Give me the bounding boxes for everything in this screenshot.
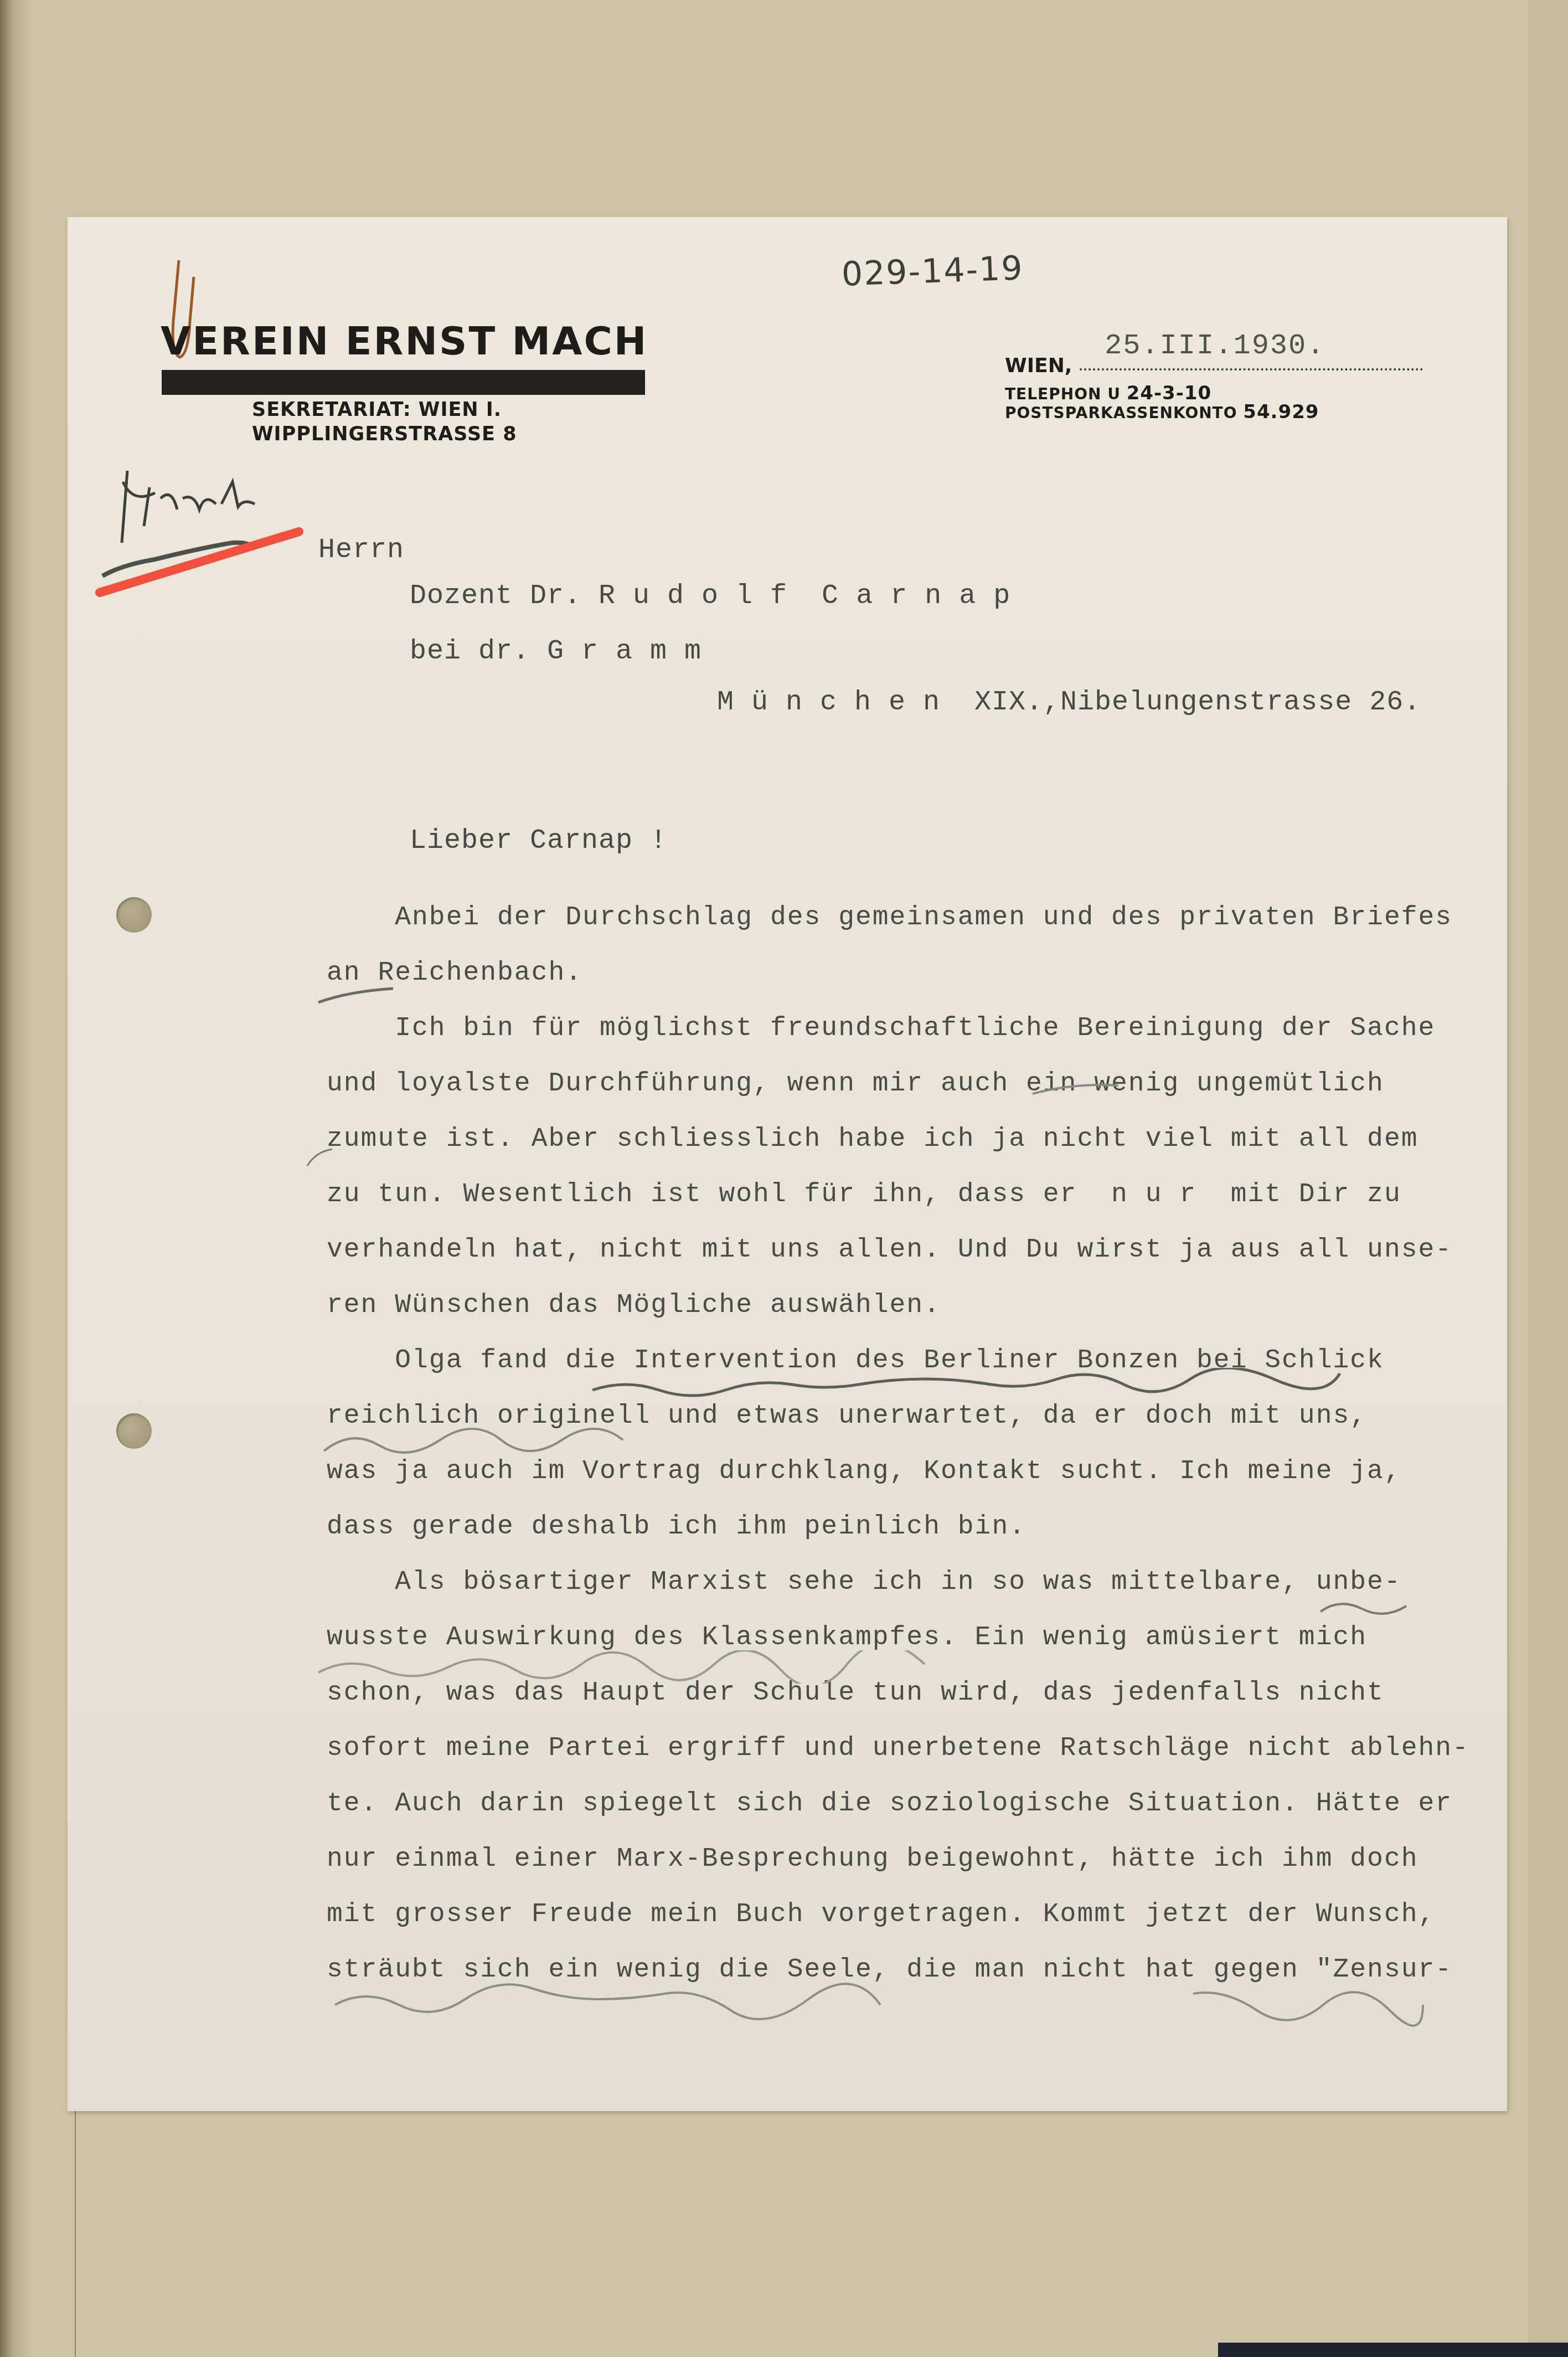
letterhead-rule xyxy=(162,370,645,395)
letter-body-line: Als bösartiger Marxist sehe ich in so wa… xyxy=(327,1567,1401,1597)
letter-body-line: und loyalste Durchführung, wenn mir auch… xyxy=(327,1069,1384,1099)
letter-body-line: Anbei der Durchschlag des gemeinsamen un… xyxy=(327,903,1452,933)
postsparkasse-number: 54.929 xyxy=(1243,401,1319,423)
pencil-wavy-underline-icon xyxy=(318,1423,628,1462)
recipient-care-of: bei dr. G r a m m xyxy=(410,636,702,667)
archive-reference-number: 029-14-19 xyxy=(841,249,1024,294)
letter-body-line: sofort meine Partei ergriff und unerbete… xyxy=(327,1733,1469,1763)
pencil-wavy-underline-icon xyxy=(1318,1595,1417,1617)
letter-body-line: Ich bin für möglichst freundschaftliche … xyxy=(327,1013,1435,1043)
punch-hole-icon xyxy=(116,897,152,933)
letter-greeting: Lieber Carnap ! xyxy=(410,825,667,857)
pencil-underline-icon xyxy=(1030,1080,1124,1097)
letter-body-line: dass gerade deshalb ich ihm peinlich bin… xyxy=(327,1512,1026,1542)
recipient-city: M ü n c h e n XIX.,Nibelungenstrasse 26. xyxy=(717,687,1421,718)
table-surface xyxy=(1218,2343,1568,2357)
city-label: WIEN, xyxy=(1005,354,1072,377)
recipient-title: Herrn xyxy=(318,534,404,566)
letter-body-line: wusste Auswirkung des Klassenkampfes. Ei… xyxy=(327,1623,1367,1653)
date-dotted-line xyxy=(1080,368,1423,370)
letter-body-line: mit grosser Freude mein Buch vorgetragen… xyxy=(327,1900,1435,1929)
postsparkasse-label: POSTSPARKASSENKONTO xyxy=(1005,404,1237,422)
neurath-signature-icon xyxy=(89,460,421,604)
letter-body-line: verhandeln hat, nicht mit uns allen. Und… xyxy=(327,1235,1452,1265)
folder-edge xyxy=(1528,0,1568,2357)
letter-body-line: an Reichenbach. xyxy=(327,958,582,988)
recipient-name: Dozent Dr. R u d o l f C a r n a p xyxy=(410,580,1010,612)
folder-crease xyxy=(75,2104,76,2357)
letter-date: 25.III.1930. xyxy=(1105,330,1325,362)
pencil-wavy-underline-icon xyxy=(332,1977,886,2021)
letterhead-address: SEKRETARIAT: WIEN I. WIPPLINGERSTRASSE 8 xyxy=(252,398,517,446)
letter-body-line: nur einmal einer Marx-Besprechung beigew… xyxy=(327,1844,1419,1874)
letterhead-organization: VEREIN ERNST MACH xyxy=(161,318,648,364)
letter-body-line: zumute ist. Aber schliesslich habe ich j… xyxy=(327,1124,1419,1154)
punch-hole-icon xyxy=(116,1413,152,1449)
pencil-wavy-underline-icon xyxy=(316,1650,941,1684)
address-line-2: WIPPLINGERSTRASSE 8 xyxy=(252,422,517,446)
pencil-mark-icon xyxy=(305,1146,338,1169)
postsparkasse: POSTSPARKASSENKONTO 54.929 xyxy=(1005,401,1319,423)
letter-body-line: ren Wünschen das Mögliche auswählen. xyxy=(327,1290,941,1320)
letter-body-line: zu tun. Wesentlich ist wohl für ihn, das… xyxy=(327,1180,1401,1210)
folder-spine xyxy=(0,0,33,2357)
pencil-wavy-underline-icon xyxy=(581,1368,1356,1407)
pencil-wavy-underline-icon xyxy=(1190,1983,1428,2027)
address-line-1: SEKRETARIAT: WIEN I. xyxy=(252,398,517,422)
letter-body-line: te. Auch darin spiegelt sich die soziolo… xyxy=(327,1789,1452,1819)
pencil-underline-icon xyxy=(316,986,399,1008)
